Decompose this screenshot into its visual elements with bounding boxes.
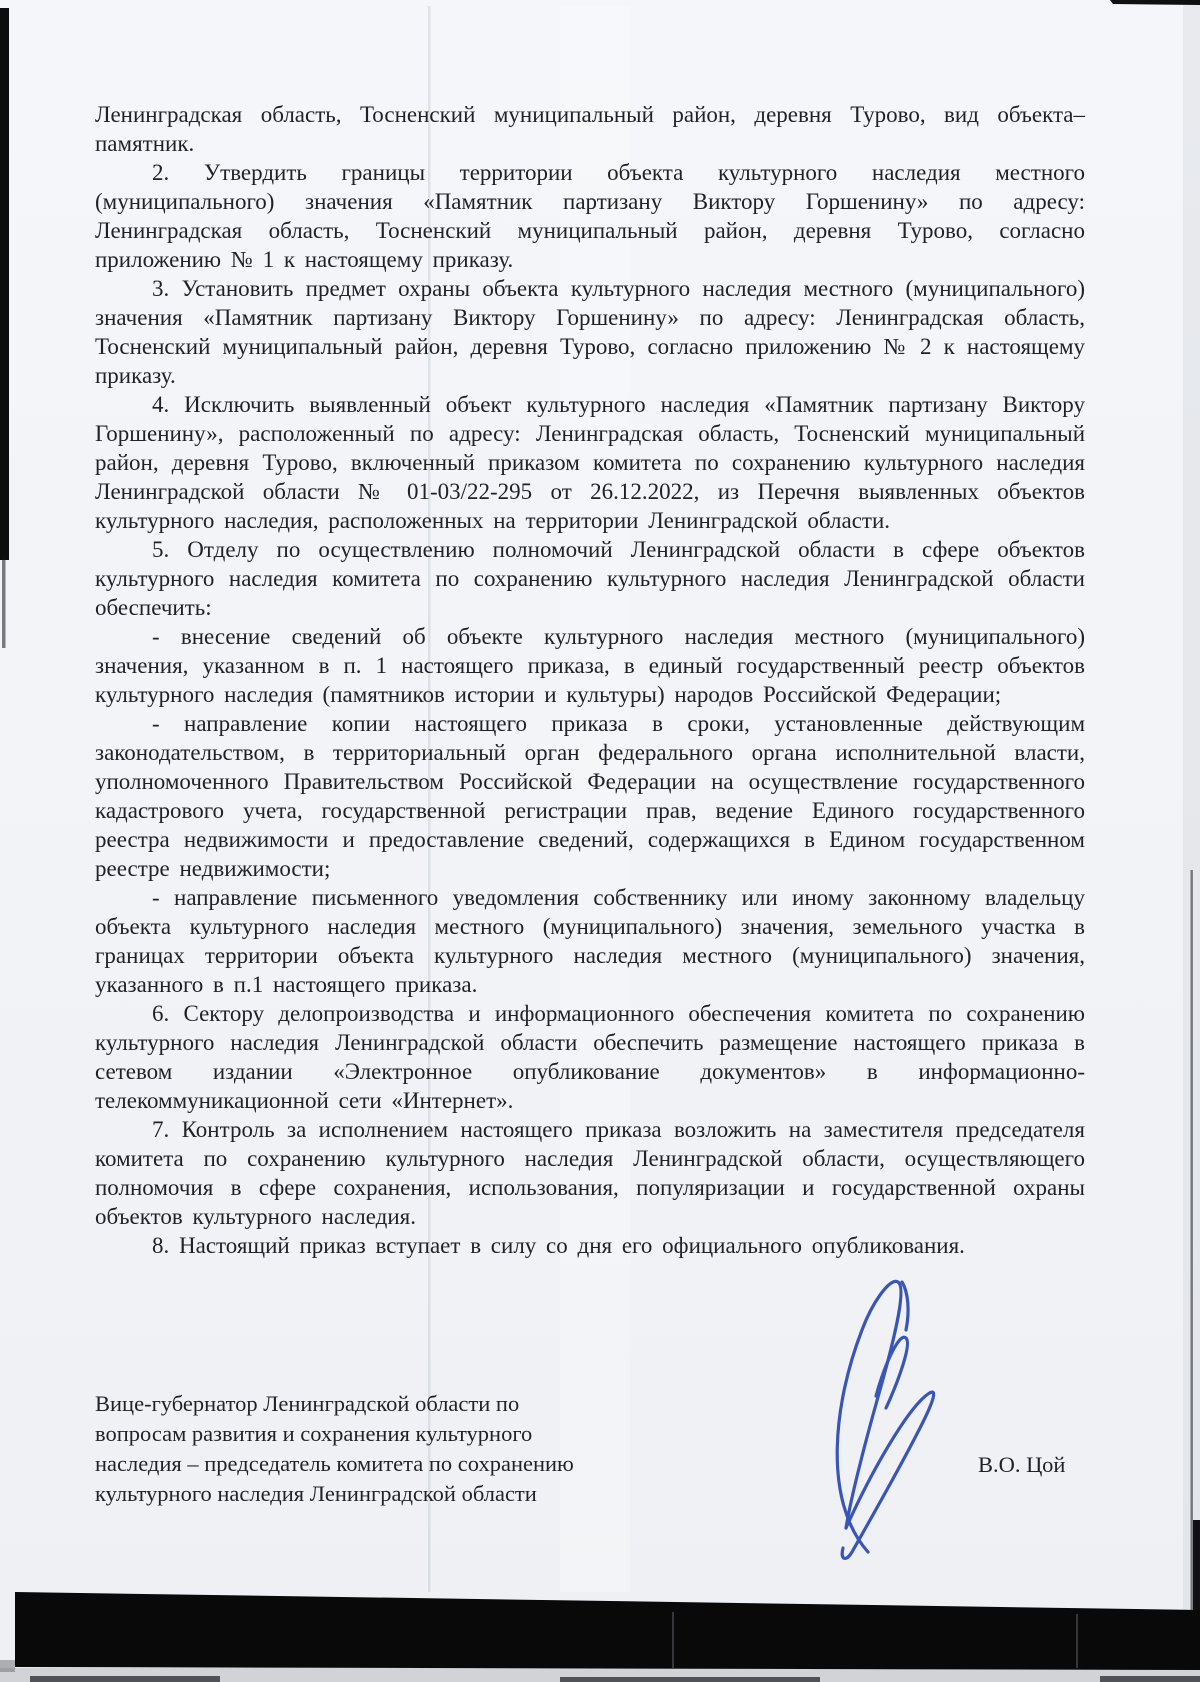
left-scan-bar-fade [2, 556, 6, 648]
band-seam [672, 1612, 674, 1668]
paragraph-5-item-3: - направление письменного уведомления со… [95, 883, 1085, 999]
paragraph-5-item-2: - направление копии настоящего приказа в… [95, 709, 1085, 883]
signoff-title-line: вопросам развития и сохранения культурно… [95, 1419, 695, 1449]
bottom-left-nub [0, 1660, 15, 1672]
signoff-title-line: культурного наследия Ленинградской облас… [95, 1479, 695, 1509]
bottom-scan-band [15, 1592, 1200, 1670]
signature-stroke [842, 1392, 933, 1558]
signoff-title-block: Вице-губернатор Ленинградской области по… [95, 1389, 695, 1509]
paragraph-5: 5. Отделу по осуществлению полномочий Ле… [95, 535, 1085, 622]
top-right-scan-mark [1110, 0, 1200, 5]
bottom-gray-strip [0, 1668, 1200, 1682]
paragraph-5-item-1: - внесение сведений об объекте культурно… [95, 622, 1085, 709]
bottom-edge-nub [1100, 1676, 1200, 1682]
bottom-edge-nub [560, 1677, 820, 1682]
paragraph-7: 7. Контроль за исполнением настоящего пр… [95, 1115, 1085, 1231]
right-edge-seam [1191, 870, 1193, 1670]
signature-stroke [837, 1281, 901, 1552]
paragraph-2: 2. Утвердить границы территории объекта … [95, 158, 1085, 274]
signer-name: В.О. Цой [978, 1452, 1065, 1478]
order-body-text: Ленинградская область, Тосненский муници… [95, 100, 1085, 1260]
bottom-edge-nub [30, 1676, 220, 1682]
scanned-document-page: Ленинградская область, Тосненский муници… [0, 0, 1200, 1682]
right-edge-seam-dark [1193, 1520, 1200, 1672]
signoff-title-line: наследия – председатель комитета по сохр… [95, 1449, 695, 1479]
paragraph-4: 4. Исключить выявленный объект культурно… [95, 390, 1085, 535]
paragraph-6: 6. Сектору делопроизводства и информацио… [95, 999, 1085, 1115]
band-seam [1076, 1614, 1078, 1668]
paragraph-3: 3. Установить предмет охраны объекта кул… [95, 274, 1085, 390]
paragraph-8: 8. Настоящий приказ вступает в силу со д… [95, 1231, 1085, 1260]
left-scan-bar [0, 8, 9, 560]
signature-stroke [876, 1337, 907, 1408]
paragraph-1-continuation: Ленинградская область, Тосненский муници… [95, 100, 1085, 158]
signoff-title-line: Вице-губернатор Ленинградской области по [95, 1389, 695, 1419]
signature-stroke [902, 1282, 908, 1330]
